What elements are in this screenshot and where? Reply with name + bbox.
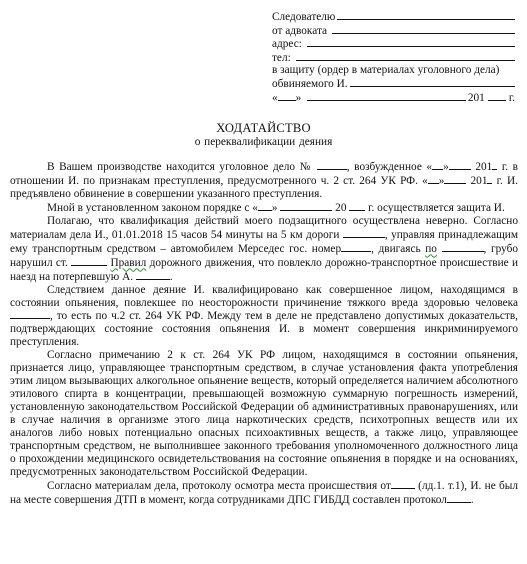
addressee-phone-row: тел: [272, 51, 515, 65]
text: . [471, 494, 474, 506]
text: , возбужденное « [347, 161, 432, 173]
text: Мной в установленном законом порядке с « [47, 202, 258, 214]
paragraph-defense-since: Мной в установленном законом порядке с «… [10, 201, 518, 215]
date-suffix: г. [509, 92, 515, 105]
date-month-blank [307, 91, 466, 101]
text: 20 [332, 202, 349, 214]
paragraph-qualification: Полагаю, что квалификация действий моего… [10, 215, 518, 284]
text: В Вашем производстве находится уголовное… [47, 161, 317, 173]
paragraph-materials: Согласно материалам дела, протоколу осмо… [10, 479, 518, 507]
investigator-label: Следователю [272, 11, 335, 24]
year-blank [349, 201, 365, 211]
direction-blank [442, 242, 484, 252]
month-blank [280, 201, 332, 211]
text: 201 [471, 161, 493, 173]
defense-text: в защиту (ордер в материалах уголовного … [272, 64, 499, 77]
person-blank [10, 309, 50, 319]
paragraph-note-264: Согласно примечанию 2 к ст. 264 УК РФ ли… [10, 349, 518, 479]
accused-blank [350, 77, 515, 87]
lawyer-blank [332, 24, 515, 34]
date-blank [391, 479, 415, 489]
address-blank [307, 37, 515, 47]
addressee-block: Следователю от адвоката адрес: тел: в за… [272, 10, 515, 104]
document-title: ХОДАТАЙСТВО [0, 121, 527, 136]
text: Согласно материалам дела, протоколу осмо… [47, 480, 391, 492]
accused-label: обвиняемого И. [272, 78, 348, 91]
text: г. осуществляется защита И. [365, 202, 504, 214]
date-row: « » 201 г. [272, 91, 515, 105]
addressee-address-row: адрес: [272, 37, 515, 51]
text: Правил [110, 257, 146, 269]
protocol-blank [447, 493, 471, 503]
text: по [425, 243, 437, 255]
text: 201 [466, 175, 487, 187]
text: , то есть по ч.2 ст. 264 УК РФ. Между те… [10, 310, 518, 348]
month-blank [444, 174, 466, 184]
article-blank [71, 256, 107, 266]
phone-label: тел: [272, 52, 291, 65]
victim-blank [136, 270, 170, 280]
day-blank [428, 174, 439, 184]
paragraph-case-info: В Вашем производстве находится уголовное… [10, 160, 518, 201]
road-blank [343, 228, 385, 238]
date-year: 201 [468, 92, 485, 105]
defense-row: в защиту (ордер в материалах уголовного … [272, 64, 515, 77]
date-year-blank [488, 91, 506, 101]
text: , двигаясь [371, 243, 425, 255]
date-day-blank [278, 91, 296, 101]
text: Следствием данное деяние И. квалифициров… [10, 284, 518, 309]
accused-row: обвиняемого И. [272, 77, 515, 91]
address-label: адрес: [272, 38, 302, 51]
day-blank [258, 201, 272, 211]
plate-blank [341, 242, 371, 252]
lawyer-label: от адвоката [272, 25, 327, 38]
paragraph-investigation: Следствием данное деяние И. квалифициров… [10, 284, 518, 350]
document-body: В Вашем производстве находится уголовное… [10, 160, 518, 507]
day-blank [432, 160, 443, 170]
text: . [170, 271, 173, 283]
month-blank [449, 160, 471, 170]
date-close-quote: » [296, 92, 302, 105]
document-subtitle: о переквалификации деяния [0, 136, 527, 148]
text: » [272, 202, 280, 214]
addressee-lawyer-row: от адвоката [272, 24, 515, 38]
phone-blank [296, 51, 515, 61]
case-number-blank [317, 160, 347, 170]
investigator-blank [337, 10, 515, 20]
addressee-investigator-row: Следователю [272, 10, 515, 24]
